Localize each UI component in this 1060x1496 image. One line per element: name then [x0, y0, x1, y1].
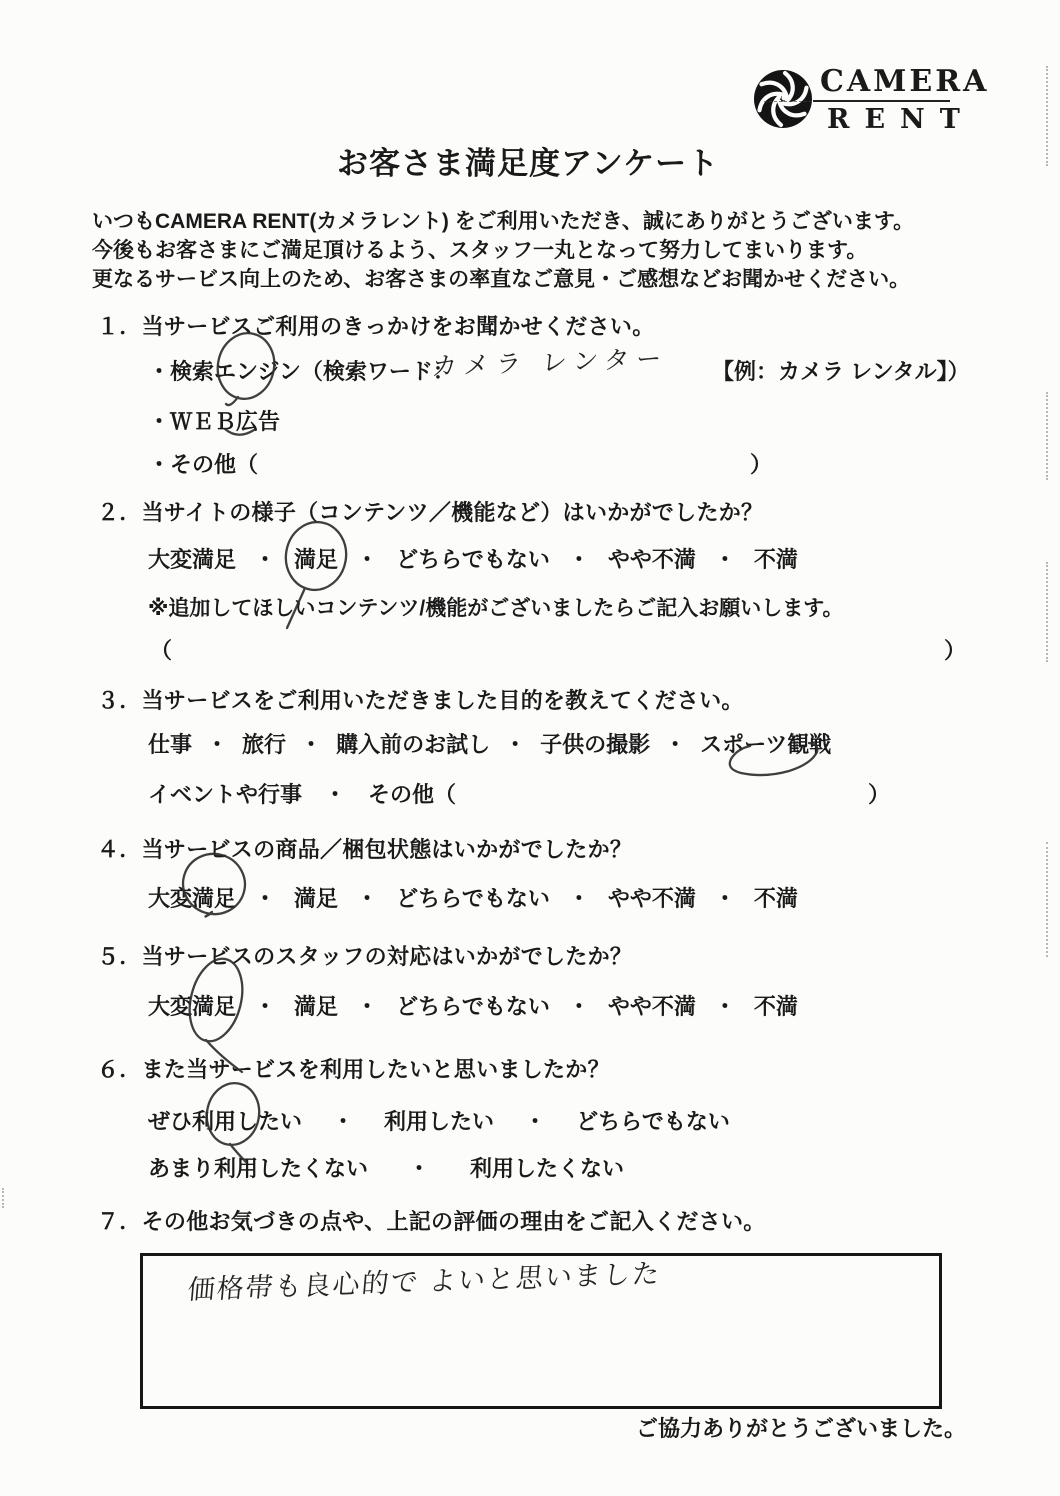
q7-heading: ７．その他お気づきの点や、上記の評価の理由をご記入ください。 [97, 1205, 766, 1236]
q2-freetext-open-paren: （ [150, 634, 172, 665]
q4-option-neutral: どちらでもない [396, 882, 550, 913]
logo-underline [813, 100, 950, 102]
option-separator-dot: ・ [568, 882, 590, 913]
q2-freetext-close-paren: ） [944, 634, 966, 665]
q1-heading: １．当サービスご利用のきっかけをお聞かせください。 [97, 310, 655, 341]
option-separator-dot: ・ [206, 728, 228, 759]
q2-option-neutral: どちらでもない [396, 543, 550, 574]
option-separator-dot: ・ [300, 728, 322, 759]
q2-option-satisfied: 満足 [294, 543, 338, 574]
q3-heading: ３．当サービスをご利用いただきました目的を教えてください。 [97, 684, 744, 715]
q6-options-row-1: ぜひ利用したい ・ 利用したい ・ どちらでもない [148, 1105, 730, 1136]
q2-option-dissatisfied: 不満 [754, 543, 798, 574]
intro-paragraph: いつもCAMERA RENT(カメラレント) をご利用いただき、誠にありがとうご… [92, 207, 914, 294]
scan-artifact [1046, 562, 1048, 662]
q2-heading: ２．当サイトの様子（コンテンツ／機能など）はいかがでしたか？ [97, 496, 763, 527]
q1-option-other: ・その他（ [148, 448, 258, 479]
q5-heading: ５．当サービスのスタッフの対応はいかがでしたか？ [97, 940, 632, 971]
logo-brand-bottom: RENT [827, 104, 975, 135]
q2-option-very-satisfied: 大変満足 [148, 543, 236, 574]
q3-option-events: イベントや行事 [148, 778, 302, 809]
intro-line-2: 今後もお客さまにご満足頂けるよう、スタッフ一丸となって努力してまいります。 [92, 236, 914, 265]
option-separator-dot: ・ [254, 990, 276, 1021]
option-separator-dot: ・ [356, 882, 378, 913]
q3-other-close-paren: ） [868, 778, 890, 809]
q3-options-row-1: 仕事 ・ 旅行 ・ 購入前のお試し ・ 子供の撮影 ・ スポーツ観戦 [148, 728, 831, 759]
q5-options-row: 大変満足 ・ 満足 ・ どちらでもない ・ やや不満 ・ 不満 [148, 990, 798, 1021]
q1-option-web-ad: ・ＷＥＢ広告 [148, 405, 280, 436]
option-separator-dot: ・ [568, 543, 590, 574]
footer-thanks: ご協力ありがとうございました。 [636, 1412, 966, 1443]
option-separator-dot: ・ [714, 882, 736, 913]
q1-search-word-handwritten: カメラ レンター [430, 339, 669, 383]
q3-option-sports-watching: スポーツ観戦 [700, 728, 831, 759]
option-separator-dot: ・ [332, 1105, 354, 1136]
option-separator-dot: ・ [714, 990, 736, 1021]
q6-options-row-2: あまり利用したくない ・ 利用したくない [148, 1152, 624, 1183]
option-separator-dot: ・ [356, 990, 378, 1021]
q4-options-row: 大変満足 ・ 満足 ・ どちらでもない ・ やや不満 ・ 不満 [148, 882, 798, 913]
page-title: お客さま満足度アンケート [337, 138, 719, 183]
q5-option-somewhat-dissatisfied: やや不満 [608, 990, 696, 1021]
q3-option-travel: 旅行 [242, 728, 286, 759]
intro-line-3: 更なるサービス向上のため、お客さまの率直なご意見・ご感想などお聞かせください。 [92, 265, 914, 294]
q4-option-satisfied: 満足 [294, 882, 338, 913]
option-separator-dot: ・ [714, 543, 736, 574]
q6-option-want-to-use: 利用したい [384, 1105, 494, 1136]
q2-option-somewhat-dissatisfied: やや不満 [608, 543, 696, 574]
option-separator-dot: ・ [408, 1152, 430, 1183]
option-separator-dot: ・ [356, 543, 378, 574]
q3-option-other: その他（ [368, 778, 456, 809]
option-separator-dot: ・ [254, 543, 276, 574]
q5-option-dissatisfied: 不満 [754, 990, 798, 1021]
q1-search-example: 【例：カメラ レンタル】） [712, 355, 970, 386]
q6-heading: ６．また当サービスを利用したいと思いましたか？ [97, 1053, 610, 1084]
q4-heading: ４．当サービスの商品／梱包状態はいかがでしたか？ [97, 833, 632, 864]
q3-option-kids-photos: 子供の撮影 [540, 728, 650, 759]
q2-options-row: 大変満足 ・ 満足 ・ どちらでもない ・ やや不満 ・ 不満 [148, 543, 798, 574]
option-separator-dot: ・ [524, 1105, 546, 1136]
q4-option-dissatisfied: 不満 [754, 882, 798, 913]
option-separator-dot: ・ [254, 882, 276, 913]
q6-option-neutral: どちらでもない [576, 1105, 730, 1136]
q4-option-somewhat-dissatisfied: やや不満 [608, 882, 696, 913]
q5-option-very-satisfied: 大変満足 [148, 990, 236, 1021]
q6-option-do-not-want-to-use: 利用したくない [470, 1152, 624, 1183]
q6-option-rather-not-use: あまり利用したくない [148, 1152, 368, 1183]
q3-option-work: 仕事 [148, 728, 192, 759]
logo-underline-dashes [764, 101, 812, 102]
q2-note: ※追加してほしいコンテンツ/機能がございましたらご記入お願いします。 [148, 592, 844, 622]
q3-option-trial-before-purchase: 購入前のお試し [336, 728, 490, 759]
aperture-icon [752, 68, 814, 130]
q1-option-other-close-paren: ） [750, 448, 772, 479]
scan-artifact [1046, 842, 1048, 957]
option-separator-dot: ・ [324, 778, 346, 809]
scan-artifact [1046, 66, 1048, 166]
option-separator-dot: ・ [664, 728, 686, 759]
option-separator-dot: ・ [568, 990, 590, 1021]
survey-form-page: CAMERA RENT お客さま満足度アンケート いつもCAMERA RENT(… [0, 0, 1060, 1496]
scan-artifact [1046, 392, 1048, 480]
q6-option-definitely-use-again: ぜひ利用したい [148, 1105, 302, 1136]
option-separator-dot: ・ [504, 728, 526, 759]
q5-option-neutral: どちらでもない [396, 990, 550, 1021]
scan-artifact [2, 1188, 4, 1208]
pen-tail-q1 [226, 397, 238, 405]
q3-options-row-2: イベントや行事 ・ その他（ [148, 778, 456, 809]
q4-option-very-satisfied: 大変満足 [148, 882, 236, 913]
intro-line-1: いつもCAMERA RENT(カメラレント) をご利用いただき、誠にありがとうご… [92, 207, 914, 236]
logo-brand-top: CAMERA [820, 64, 989, 99]
q1-option-search-engine: ・検索エンジン（検索ワード： [148, 355, 455, 386]
q5-option-satisfied: 満足 [294, 990, 338, 1021]
